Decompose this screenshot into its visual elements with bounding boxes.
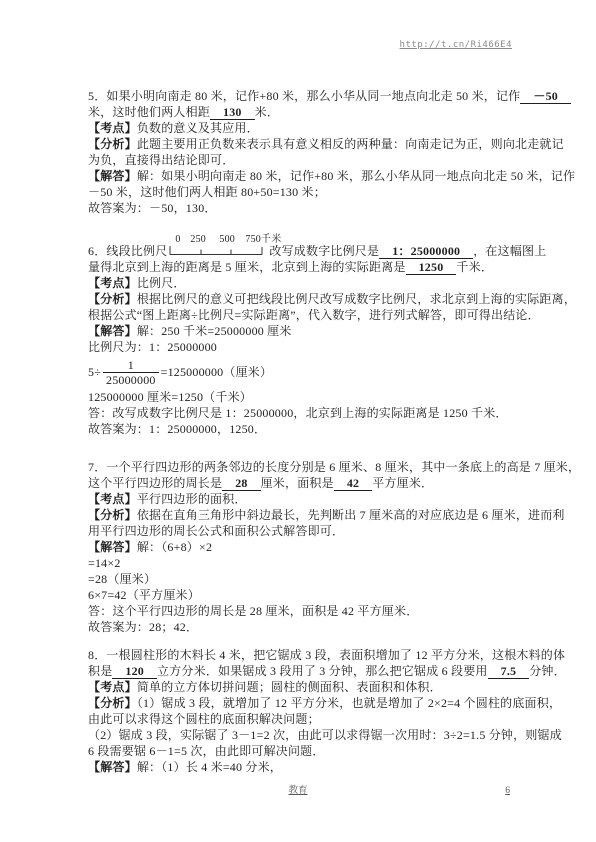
- text-segment: 答：这个平行四边形的周长是 28 厘米，面积是 42 平方厘米．: [88, 604, 418, 618]
- text-segment: =28（厘米）: [88, 572, 156, 586]
- text-line: 【分析】根据比例尺的意义可把线段比例尺改写成数字比例尺，求北京到上海的实际距离，: [88, 291, 512, 307]
- text-segment: 平行四边形的面积．: [137, 492, 247, 506]
- text-segment: 用平行四边形的周长公式和面积公式解答即可．: [88, 524, 344, 538]
- answer-blank: 42: [334, 476, 372, 491]
- header-url-link[interactable]: http://t.cn/Ri466E4: [400, 40, 512, 50]
- text-segment: 比例尺为：1：25000000: [88, 340, 217, 354]
- text-segment: 这个平行四边形的周长是: [88, 476, 222, 490]
- text-segment: 由此可以求得这个圆柱的底面积解决问题；: [88, 712, 320, 726]
- section-label: 【解答】: [88, 324, 137, 338]
- section-label: 【分析】: [88, 696, 137, 710]
- text-segment: （1）锯成 3 段，就增加了 12 平方分米，也就是增加了 2×2=4 个圆柱的…: [137, 696, 561, 710]
- text-segment: 量得北京到上海的距离是 5 厘米，北京到上海的实际距离是: [88, 260, 406, 274]
- answer-blank: 1：25000000: [379, 244, 473, 259]
- section-label: 【解答】: [88, 540, 137, 554]
- section-label: 【分析】: [88, 508, 137, 522]
- text-segment: =14×2: [88, 556, 121, 570]
- text-line: 【解答】解：（6+8）×2: [88, 539, 512, 555]
- text-line: 故答案为：28；42．: [88, 619, 512, 635]
- text-line: =14×2: [88, 555, 512, 571]
- text-segment: 6 段需要锯 6－1=5 次，由此即可解决问题．: [88, 744, 325, 758]
- text-segment: 积是: [88, 664, 112, 678]
- text-segment: 负数的意义及其应用．: [137, 121, 259, 135]
- text-segment: 根据公式“图上距离÷比例尺=实际距离”，代入数字，进行列式解答，即可得出结论．: [88, 308, 540, 322]
- text-segment: 解：（6+8）×2: [137, 540, 212, 554]
- text-segment: 125000000 厘米=1250（千米）: [88, 390, 252, 404]
- text-line: 根据公式“图上距离÷比例尺=实际距离”，代入数字，进行列式解答，即可得出结论．: [88, 307, 512, 323]
- text-segment: 6×7=42（平方厘米）: [88, 588, 200, 602]
- text-line: 125000000 厘米=1250（千米）: [88, 389, 512, 405]
- text-line: 为负，直接得出结论即可．: [88, 152, 512, 168]
- fraction-numerator: 1: [126, 358, 136, 372]
- section-label: 【考点】: [88, 680, 137, 694]
- text-line: （2）锯成 3 段，实际锯了 3－1=2 次，由此可以求得锯一次用时：3÷2=1…: [88, 727, 512, 743]
- section-label: 【考点】: [88, 121, 137, 135]
- answer-blank: 130: [210, 105, 255, 120]
- answer-blank: 28: [222, 476, 260, 491]
- text-segment: 依据在直角三角形中斜边最长，先判断出 7 厘米高的对应底边是 6 厘米，进而利: [137, 508, 565, 522]
- text-line: 量得北京到上海的距离是 5 厘米，北京到上海的实际距离是1250千米．: [88, 259, 512, 275]
- text-segment: 米．: [255, 105, 279, 119]
- ruler-label: 0: [175, 234, 180, 245]
- text-line: 由此可以求得这个圆柱的底面积解决问题；: [88, 711, 512, 727]
- text-line: 6 段需要锯 6－1=5 次，由此即可解决问题．: [88, 743, 512, 759]
- text-line: 【解答】解：（1）长 4 米=40 分米，: [88, 759, 512, 775]
- text-segment: 此题主要用正负数来表示具有意义相反的两种量：向南走记为正，则向北走就记: [137, 137, 564, 151]
- text-segment: 解：如果小明向南走 80 米，记作+80 米，那么小华从同一地点向北走 50 米…: [137, 169, 575, 183]
- text-line: 比例尺为：1：25000000: [88, 339, 512, 355]
- text-line: 用平行四边形的周长公式和面积公式解答即可．: [88, 523, 512, 539]
- text-line: 【考点】简单的立方体切拼问题；圆柱的侧面积、表面积和体积．: [88, 679, 512, 695]
- text-segment: 7．一个平行四边形的两条邻边的长度分别是 6 厘米、8 厘米，其中一条底上的高是…: [88, 460, 580, 474]
- text-segment: 平方厘米．: [372, 476, 433, 490]
- page-number: 6: [505, 786, 510, 796]
- section-label: 【分析】: [88, 292, 137, 306]
- text-line: 答：改写成数字比例尺是 1：25000000，北京到上海的实际距离是 1250 …: [88, 405, 512, 421]
- text-segment: 比例尺．: [137, 276, 186, 290]
- scale-ruler-icon: 0250500750千米: [169, 234, 263, 255]
- text-segment: （2）锯成 3 段，实际锯了 3－1=2 次，由此可以求得锯一次用时：3÷2=1…: [88, 728, 562, 742]
- text-line: 5．如果小明向南走 80 米，记作+80 米，那么小华从同一地点向北走 50 米…: [88, 88, 512, 104]
- text-segment: 改写成数字比例尺是: [269, 244, 379, 258]
- text-segment: 立方分米．如果锯成 3 段用了 3 分钟，那么把它锯成 6 段要用: [157, 664, 488, 678]
- text-segment: 厘米，面积是: [261, 476, 334, 490]
- text-line: 米，这时他们两人相距130米．: [88, 104, 512, 120]
- text-segment: 答：改写成数字比例尺是 1：25000000，北京到上海的实际距离是 1250 …: [88, 406, 508, 420]
- text-segment: 千米．: [456, 260, 493, 274]
- text-segment: 5．如果小明向南走 80 米，记作+80 米，那么小华从同一地点向北走 50 米…: [88, 89, 520, 103]
- answer-blank: －50: [520, 89, 571, 104]
- text-line: 【解答】解：250 千米=25000000 厘米: [88, 323, 512, 339]
- text-segment: 为负，直接得出结论即可．: [88, 153, 234, 167]
- text-line: 【解答】解：如果小明向南走 80 米，记作+80 米，那么小华从同一地点向北走 …: [88, 168, 512, 184]
- text-segment: 故答案为：28；42．: [88, 620, 198, 634]
- section-label: 【考点】: [88, 276, 137, 290]
- text-line: 【分析】此题主要用正负数来表示具有意义相反的两种量：向南走记为正，则向北走就记: [88, 136, 512, 152]
- answer-blank: 120: [112, 664, 157, 679]
- worksheet-page: { "page": { "header_url": "http://t.cn/R…: [0, 0, 596, 842]
- text-line: －50 米，这时他们两人相距 80+50=130 米；: [88, 184, 512, 200]
- text-line: 答：这个平行四边形的周长是 28 厘米，面积是 42 平方厘米．: [88, 603, 512, 619]
- section-label: 【解答】: [88, 169, 137, 183]
- text-line: 【分析】（1）锯成 3 段，就增加了 12 平方分米，也就是增加了 2×2=4 …: [88, 695, 512, 711]
- text-line: 【考点】比例尺．: [88, 275, 512, 291]
- ruler-labels: 0250500750千米: [169, 234, 263, 246]
- text-segment: ，在这幅图上: [473, 244, 546, 258]
- text-line: 【考点】负数的意义及其应用．: [88, 120, 512, 136]
- text-line: 【分析】依据在直角三角形中斜边最长，先判断出 7 厘米高的对应底边是 6 厘米，…: [88, 507, 512, 523]
- text-line: 8．一根圆柱形的木料长 4 米，把它锯成 3 段，表面积增加了 12 平方分米，…: [88, 647, 512, 663]
- text-segment: 简单的立方体切拼问题；圆柱的侧面积、表面积和体积．: [137, 680, 442, 694]
- text-line: 积是120立方分米．如果锯成 3 段用了 3 分钟，那么把它锯成 6 段要用7.…: [88, 663, 512, 679]
- footer-watermark-link[interactable]: 教育: [288, 786, 307, 796]
- text-segment: 故答案为：1：25000000，1250．: [88, 422, 266, 436]
- text-line: 6．线段比例尺0250500750千米改写成数字比例尺是1：25000000，在…: [88, 234, 512, 259]
- text-line: 6×7=42（平方厘米）: [88, 587, 512, 603]
- text-segment: =125000000（厘米）: [161, 364, 273, 380]
- text-segment: 6．线段比例尺: [88, 244, 167, 258]
- text-line: 5÷125000000=125000000（厘米）: [88, 355, 512, 389]
- text-line: 故答案为：－50，130．: [88, 200, 512, 216]
- text-line: 【考点】平行四边形的面积．: [88, 491, 512, 507]
- ruler-label: 250: [190, 234, 206, 245]
- ruler-label: 500: [219, 234, 235, 245]
- fraction: 125000000: [103, 358, 159, 387]
- text-segment: 米，这时他们两人相距: [88, 105, 210, 119]
- document-body: 5．如果小明向南走 80 米，记作+80 米，那么小华从同一地点向北走 50 米…: [88, 88, 512, 775]
- text-line: 故答案为：1：25000000，1250．: [88, 421, 512, 437]
- section-label: 【考点】: [88, 492, 137, 506]
- text-segment: 8．一根圆柱形的木料长 4 米，把它锯成 3 段，表面积增加了 12 平方分米，…: [88, 648, 565, 662]
- problem-5: 5．如果小明向南走 80 米，记作+80 米，那么小华从同一地点向北走 50 米…: [88, 88, 512, 216]
- section-label: 【解答】: [88, 760, 137, 774]
- text-segment: 故答案为：－50，130．: [88, 201, 217, 215]
- text-line: =28（厘米）: [88, 571, 512, 587]
- problem-6: 6．线段比例尺0250500750千米改写成数字比例尺是1：25000000，在…: [88, 234, 512, 437]
- text-segment: 解：（1）长 4 米=40 分米，: [137, 760, 282, 774]
- text-segment: 解：250 千米=25000000 厘米: [137, 324, 292, 338]
- text-line: 这个平行四边形的周长是28厘米，面积是42平方厘米．: [88, 475, 512, 491]
- fraction-denominator: 25000000: [103, 372, 159, 387]
- ruler-label: 750千米: [245, 234, 281, 245]
- problem-8: 8．一根圆柱形的木料长 4 米，把它锯成 3 段，表面积增加了 12 平方分米，…: [88, 647, 512, 775]
- text-segment: 根据比例尺的意义可把线段比例尺改写成数字比例尺，求北京到上海的实际距离，: [137, 292, 576, 306]
- section-label: 【分析】: [88, 137, 137, 151]
- answer-blank: 7.5: [488, 664, 530, 679]
- text-segment: －50 米，这时他们两人相距 80+50=130 米；: [88, 185, 326, 199]
- text-segment: 分钟．: [529, 664, 566, 678]
- problem-7: 7．一个平行四边形的两条邻边的长度分别是 6 厘米、8 厘米，其中一条底上的高是…: [88, 459, 512, 635]
- answer-blank: 1250: [406, 260, 457, 275]
- text-line: 7．一个平行四边形的两条邻边的长度分别是 6 厘米、8 厘米，其中一条底上的高是…: [88, 459, 512, 475]
- text-segment: 5÷: [88, 364, 101, 380]
